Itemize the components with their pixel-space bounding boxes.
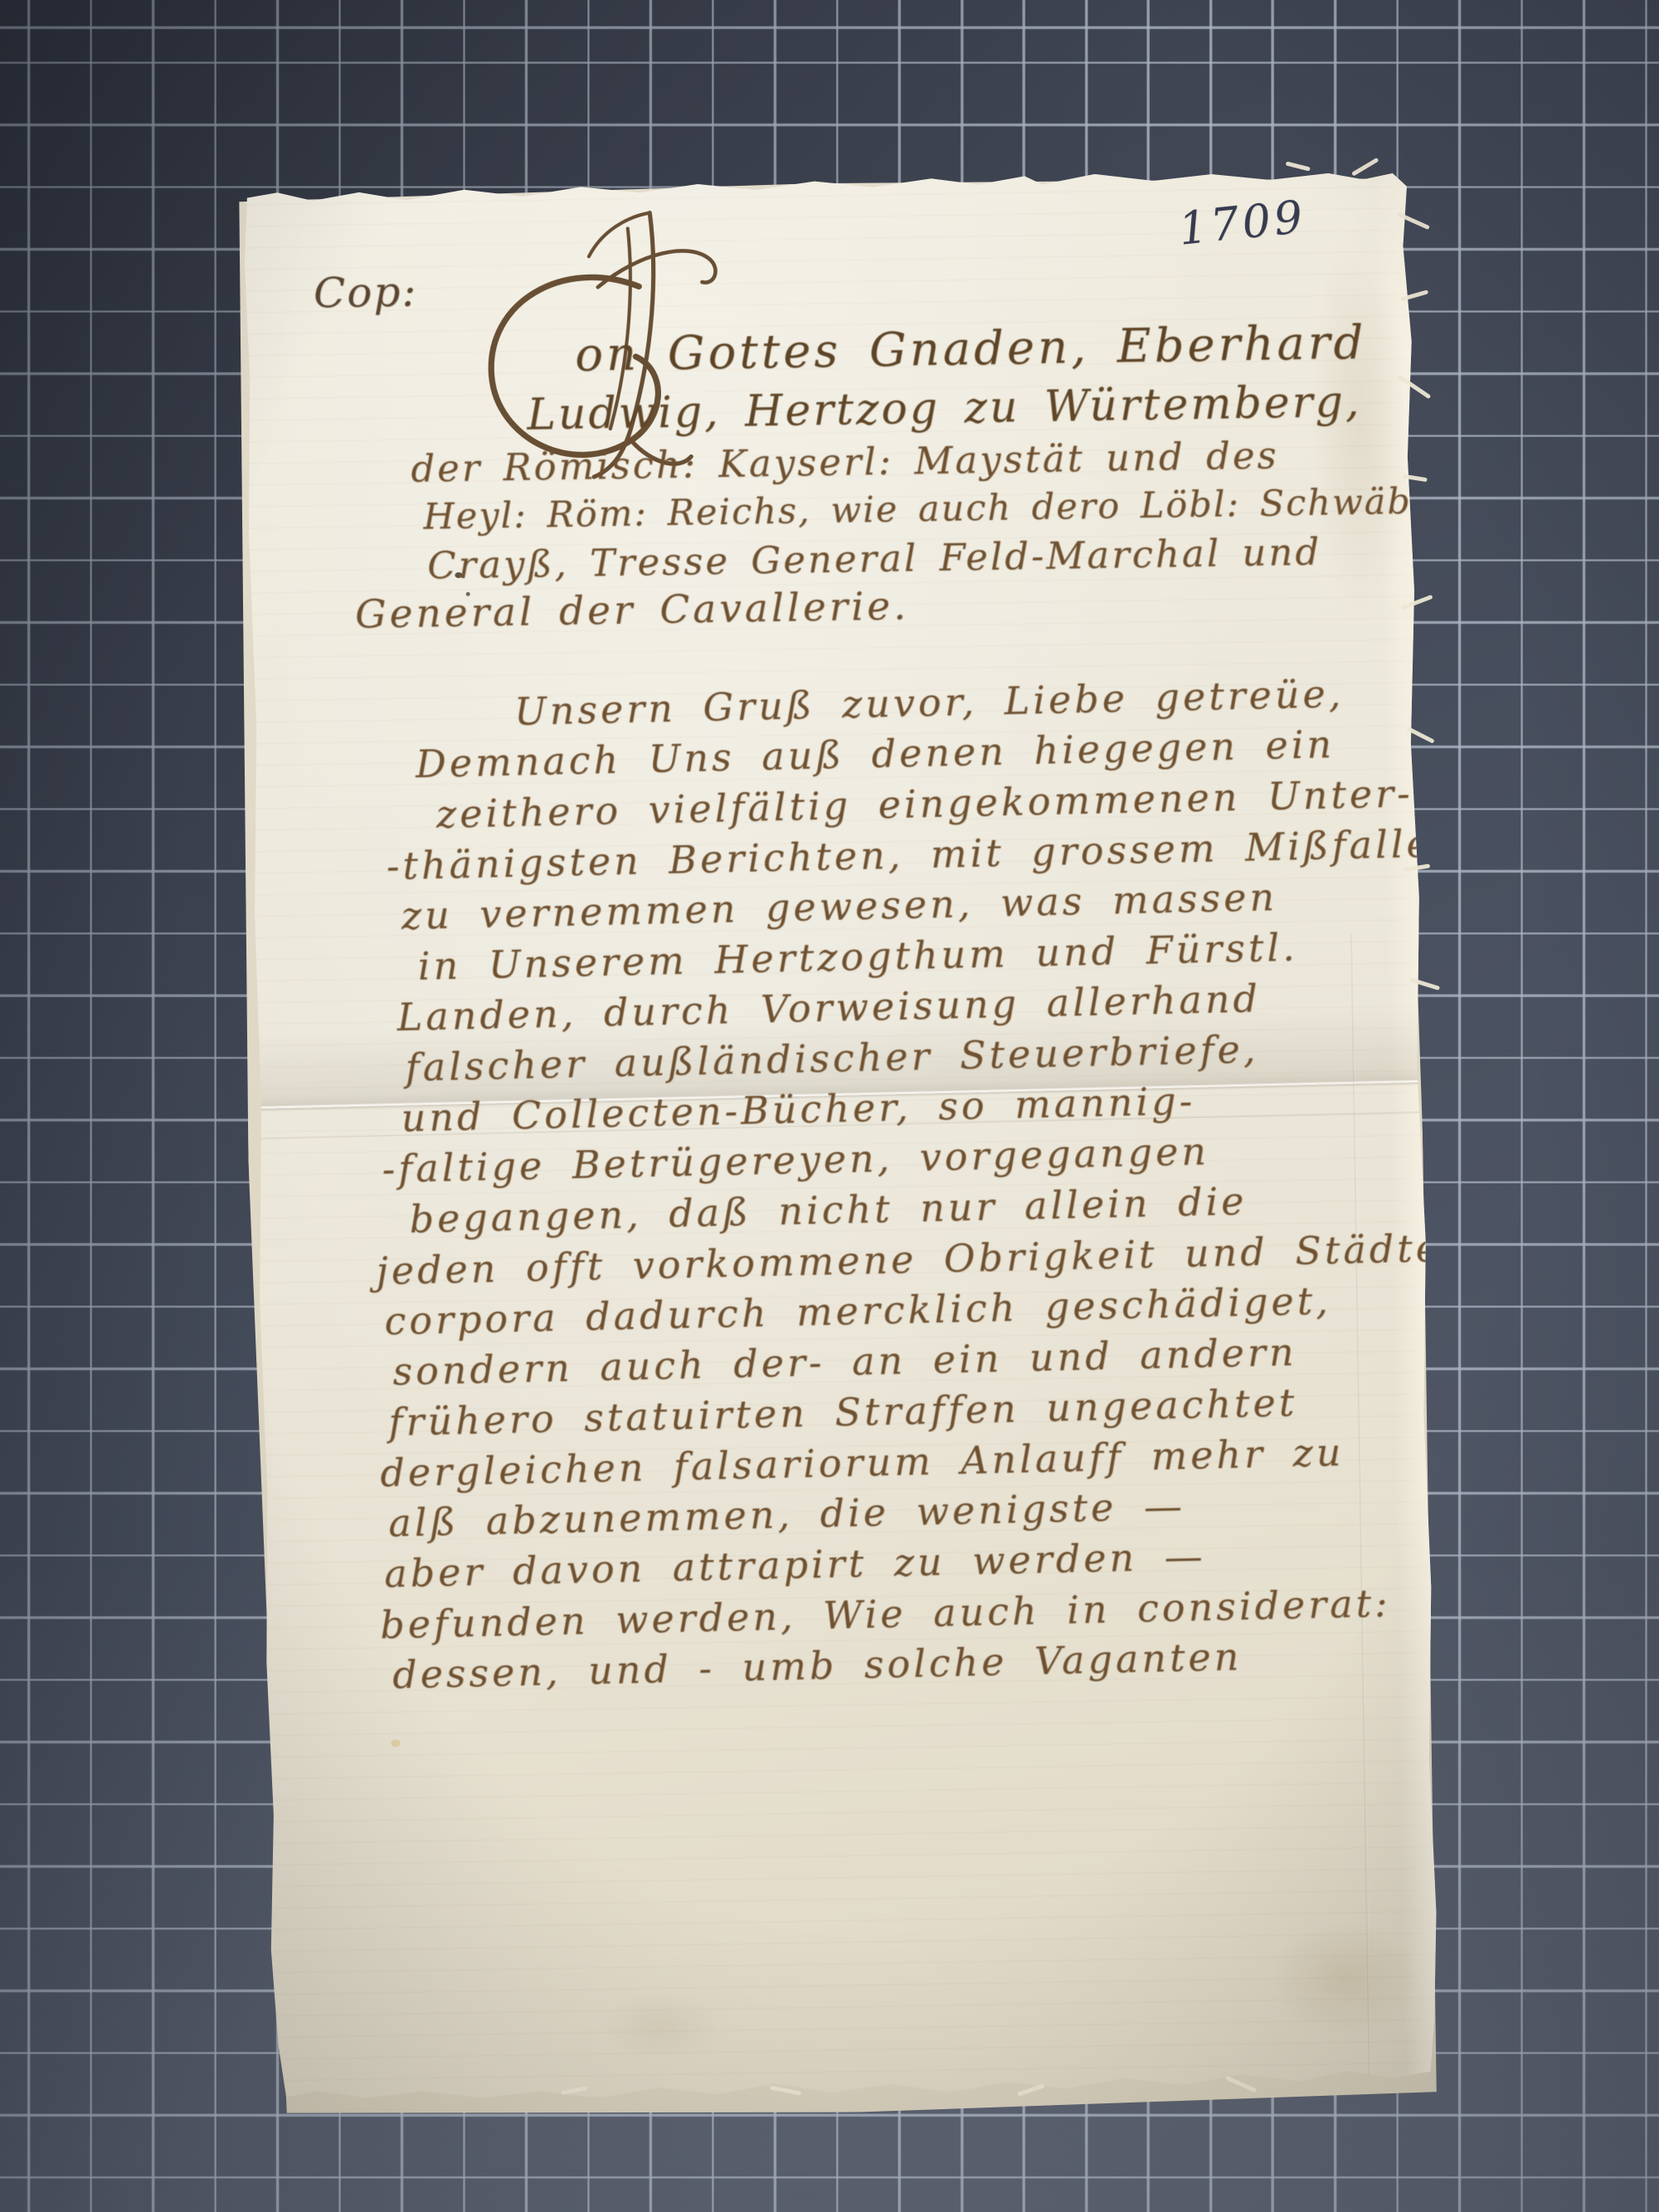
foxing-stain: [1269, 1919, 1420, 2038]
heading-line: Crayß, Tresse General Feld-Marchal und: [427, 530, 1322, 588]
paper-sheet: Cop: 1709 on Gottes Gnaden, Eberhard Lud…: [242, 169, 1440, 2103]
bottom-stain: [602, 1992, 719, 2060]
heading-line: Heyl: Röm: Reichs, wie auch dero Löbl: S…: [423, 481, 1426, 538]
heading-line: General der Cavallerie.: [355, 583, 910, 637]
manuscript-page: Cop: 1709 on Gottes Gnaden, Eberhard Lud…: [242, 169, 1440, 2103]
year-annotation: 1709: [1176, 190, 1308, 255]
copy-annotation: Cop:: [314, 268, 418, 318]
heading-line: on Gottes Gnaden, Eberhard: [575, 316, 1367, 382]
paper-speck: [391, 1739, 400, 1747]
photo-scene: Cop: 1709 on Gottes Gnaden, Eberhard Lud…: [0, 0, 1659, 2212]
vertical-crease: [1350, 933, 1371, 2078]
